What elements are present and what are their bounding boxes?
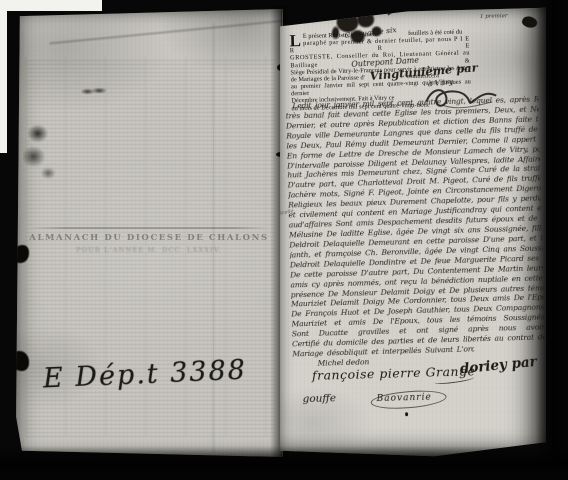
- manuscript-act-block: Ledit jour janvier mil sept cent quatre …: [285, 94, 545, 359]
- edge-ink-stain: [23, 117, 65, 183]
- ghost-almanach-title: ALMANACH DU DIOCESE DE CHALONS: [27, 233, 271, 243]
- scanner-white-edge-top: [0, 0, 102, 11]
- ink-stamp-stroke: [387, 0, 411, 15]
- paper-crease: [49, 20, 286, 45]
- signature-right-flourish: doriey par: [459, 354, 537, 377]
- signature-second: gouffe: [302, 392, 336, 405]
- ghost-rule-line: [29, 227, 269, 229]
- drop-cap: L: [289, 34, 301, 47]
- vertical-fold: [213, 23, 214, 453]
- right-edge-shadow: [536, 0, 568, 480]
- scanner-white-edge-left: [0, 0, 7, 153]
- right-page-content: 1 premier LE présent Régistre contenant …: [274, 2, 553, 461]
- right-page: 1 premier LE présent Régistre contenant …: [280, 6, 546, 458]
- ink-dot: [405, 412, 408, 416]
- ghost-almanach-subtitle: POUR L'ANNEE M. DCC. LXXXIV.: [27, 246, 271, 254]
- bottom-edge-shadow: [0, 446, 568, 480]
- left-page: ALMANACH DU DIOCESE DE CHALONS POUR L'AN…: [15, 9, 283, 457]
- ink-smudge: [81, 87, 107, 96]
- folio-corner-note: 1 premier: [480, 13, 508, 20]
- signature-third: Baovanrie: [377, 393, 432, 405]
- edge-ink-blob: [11, 351, 29, 371]
- scanned-register-spread: ALMANACH DU DIOCESE DE CHALONS POUR L'AN…: [0, 0, 568, 480]
